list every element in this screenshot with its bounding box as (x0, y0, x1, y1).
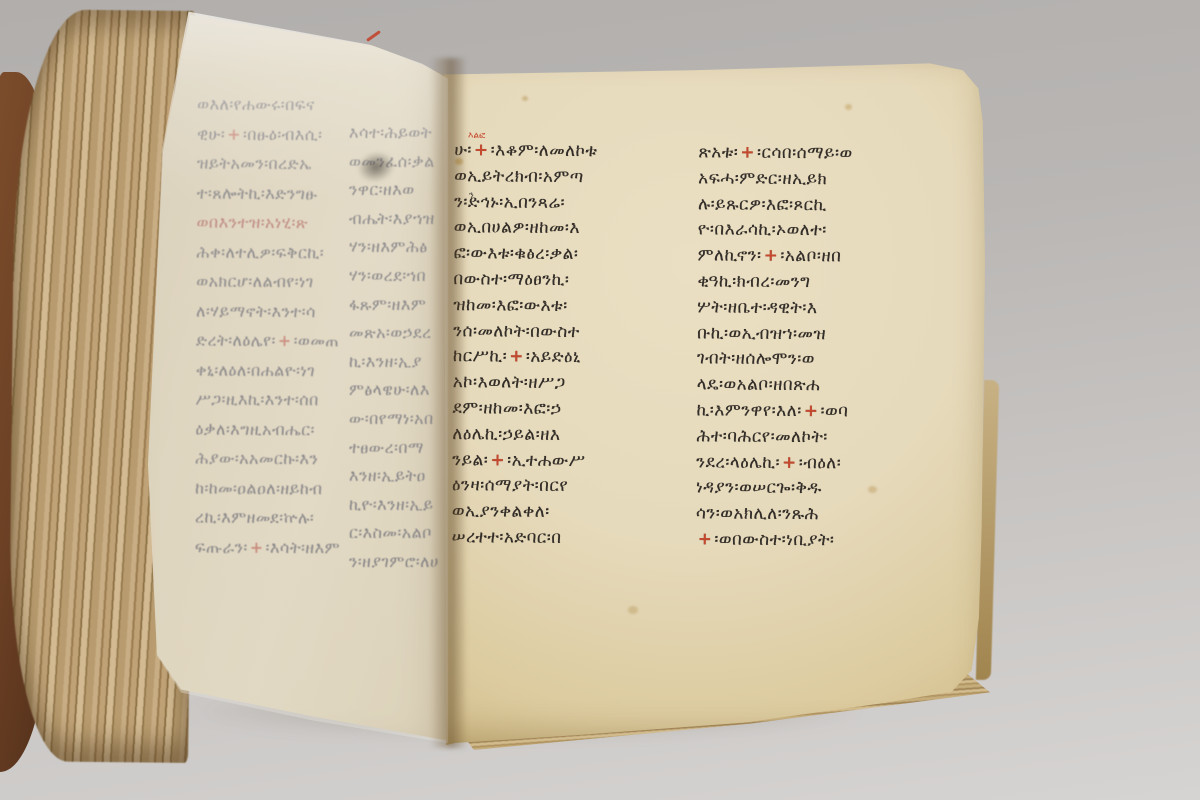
text-segment: ሠረተተ፡አድባር፡በ (452, 527, 562, 548)
interlinear-gloss: ን (469, 191, 474, 201)
manuscript-line: ኪ፡እምንዋየ፡እለ፡+፡ወባ (696, 398, 890, 425)
manuscript-line: ወኢበሀልዎ፡ዘከመ፡እ (454, 216, 694, 243)
text-segment: ቡኪ፡ወኢብዝኀ፡መዝ (697, 323, 826, 344)
manuscript-line: መጽአ፡ወኃደረ (349, 319, 441, 348)
manuscript-line: ሠረተተ፡አድባር፡በ (452, 525, 692, 552)
manuscript-line: ቂዓኪ፡ክብረ፡መንግ (697, 269, 891, 296)
manuscript-line: ኪ፡እንዘ፡ኢያ (349, 348, 441, 377)
manuscript-line: ወአክርሆ፡ለልብየ፡ነገ (196, 267, 346, 297)
manuscript-line: ንይል፡+፡ኢተሐውሥ (452, 448, 692, 475)
rubric-text: ወበእንተዝ፡አነሂ፡ጽ (197, 213, 309, 233)
text-segment: ር፡እስመ፡አልቦ (349, 523, 432, 542)
manuscript-line: ንሰ፡መለኮት፡በውስተ (453, 319, 693, 346)
manuscript-line: ሕተ፡ባሕርየ፡መለኮት፡ (696, 424, 890, 451)
manuscript-line: ንደረ፡ላዕሌኪ፡+፡ብዕለ፡ (696, 450, 890, 477)
text-segment: ከ፡ከመ፡ዐልዐለ፡ዘይከብ (195, 478, 322, 498)
text-segment: ብሔት፡እያኀዝ (349, 209, 435, 228)
text-segment: ፡ኢተሐውሥ (507, 450, 585, 471)
manuscript-line: ወኢይትረክብ፡አምጣ (454, 164, 694, 191)
text-segment: ፡ወበውስተ፡ነቢያት፡ (714, 529, 834, 550)
manuscript-line: ሳን፡ወአክሊለ፡ንጹሕ (696, 501, 890, 528)
text-segment: ምፅላዌሁ፡ለእ (349, 380, 430, 399)
right-page-column-2: ጽአቱ፡+፡ርሳበ፡ሰማይ፡ወአፍሓ፡ምድር፡ዘኢይክሉ፡ይጹርዎ፡እፎ፡ጾርኪ… (696, 140, 893, 561)
red-cross-mark: + (248, 537, 266, 556)
red-cross-mark: + (802, 401, 821, 421)
text-segment: ተ፡ጸሎትኪ፡እድንግፁ (197, 183, 318, 203)
manuscript-line: ፍጡራን፡+፡እሳት፡ዘእም (195, 532, 345, 562)
manuscript-photo: ወእለ፡የሐውሩ፡በፍናዊሁ፡+፡በፁዕ፡ብእሲ፡ዝይትአመን፡በረድኤተ፡ጸሎ… (0, 0, 1200, 800)
text-segment: ሕቀ፡ለተሊዎ፡ፍቅርኪ፡ (196, 242, 324, 262)
text-segment: ምለኪኖን፡ (698, 246, 762, 266)
manuscript-line: ፎ፡ውእቱ፡ቁፅረ፡ቃል፡ (454, 241, 694, 268)
text-segment: ንይል፡ (452, 450, 488, 470)
text-segment: ቀኒ፡ለዕለ፡በሐልዮ፡ነገ (196, 360, 315, 380)
text-segment: እሳተ፡ሕይወት (349, 123, 432, 142)
red-binding-thread (366, 30, 381, 42)
manuscript-line: ድረት፡ለዕሌየ፡+፡ወመጠ (196, 326, 346, 356)
text-segment: ፡አልቦ፡ዘበ (780, 246, 841, 266)
text-segment: ንሰ፡መለኮት፡በውስተ (453, 321, 580, 342)
text-segment: ዊሁ፡ (197, 124, 225, 143)
text-segment: ተፀውረ፡በማ (349, 438, 424, 457)
text-segment: ው፡በየማነ፡አበ (349, 409, 434, 428)
text-segment: ኪዮ፡እንዘ፡ኢይ (349, 495, 433, 514)
red-cross-mark: + (696, 529, 715, 549)
text-segment: ሃን፡ወረደ፡ኀበ (349, 266, 426, 285)
manuscript-line: ው፡በየማነ፡አበ (349, 405, 441, 434)
text-segment: ነዳያን፡ወሠርጐ፡ቅዱ (696, 478, 822, 499)
text-segment: ረኪ፡እምዘመደ፡ኵሉ፡ (195, 508, 314, 528)
text-segment: ፡እሳት፡ዘእም (266, 537, 340, 556)
manuscript-line: ገብት፡ዘሰሎሞን፡ወ (697, 347, 891, 374)
manuscript-line: ዕንዛ፡ሰማያት፡በርየ (452, 474, 692, 501)
manuscript-line: ዮ፡በእራሳኪ፡ኦወለተ፡ (698, 218, 892, 245)
manuscript-line: ዊሁ፡+፡በፁዕ፡ብእሲ፡ (197, 119, 347, 149)
text-segment: ፡አይድዕኒ (526, 347, 581, 367)
text-segment: ዕንዛ፡ሰማያት፡በርየ (452, 476, 568, 497)
manuscript-line: ዕቃለ፡እግዚአብሔር፡ (195, 414, 345, 444)
text-segment: ዕቃለ፡እግዚአብሔር፡ (195, 419, 314, 439)
text-segment: ንደረ፡ላዕሌኪ፡ (696, 452, 780, 473)
manuscript-line: ምፅላዌሁ፡ለእ (349, 376, 441, 405)
manuscript-line: ለዕሌኪ፡ኃይል፡ዘእ (452, 422, 692, 449)
text-segment: ለዕሌኪ፡ኃይል፡ዘእ (452, 424, 560, 445)
manuscript-line: ቡኪ፡ወኢብዝኀ፡መዝ (697, 321, 891, 348)
text-segment: ሳን፡ወአክሊለ፡ንጹሕ (696, 503, 819, 524)
manuscript-line: ላዴ፡ወአልቦ፡ዘበጽሐ (697, 372, 891, 399)
right-page-column-1: ሁ፡+፡እቆም፡ለመለኮቱወኢይትረክብ፡አምጣን፡ድኅኑ፡ኢበንጻሬ፡ወኢበሀ… (452, 138, 695, 556)
text-segment: ዝከመ፡እፎ፡ውእቱ፡ (453, 295, 568, 316)
text-segment: ኪ፡እንዘ፡ኢያ (349, 352, 422, 371)
text-segment: ቂዓኪ፡ክብረ፡መንግ (697, 271, 810, 292)
manuscript-line: ፋጹም፡ዘእም (349, 291, 441, 320)
text-segment: ላዴ፡ወአልቦ፡ዘበጽሐ (697, 374, 821, 395)
red-cross-mark: + (276, 331, 294, 350)
manuscript-line: ተ፡ጸሎትኪ፡እድንግፁ (197, 178, 347, 208)
text-segment: ን፡ዘያገምሮ፡ለሀ (349, 552, 439, 571)
manuscript-line: ብሔት፡እያኀዝ (349, 205, 441, 234)
text-segment: ለ፡ሃይማኖት፡እንተ፡ሳ (196, 301, 316, 321)
text-segment: ሉ፡ይጹርዎ፡እፎ፡ጾርኪ (698, 194, 827, 215)
manuscript-line: ወበእንተዝ፡አነሂ፡ጽ (196, 208, 346, 238)
manuscript-line: ደም፡ዘከመ፡እፎ፡ኃ (452, 396, 692, 423)
manuscript-line: +፡ወበውስተ፡ነቢያት፡ (696, 527, 890, 554)
manuscript-line: ወእለ፡የሐውሩ፡በፍና (197, 90, 347, 120)
manuscript-line: ከ፡ከመ፡ዐልዐለ፡ዘይከብ (195, 473, 345, 503)
text-segment: መጽአ፡ወኃደረ (349, 323, 432, 342)
red-marginal-gloss: እልፎ (468, 131, 485, 141)
text-segment: አኮ፡እወለት፡ዘሥጋ (453, 372, 566, 393)
manuscript-line: ረኪ፡እምዘመደ፡ኵሉ፡ (195, 503, 345, 533)
manuscript-line: አፍሓ፡ምድር፡ዘኢይክ (698, 166, 892, 193)
text-segment: በውስተ፡ማዕፀንኪ፡ (453, 269, 569, 290)
manuscript-line: ነዳያን፡ወሠርጐ፡ቅዱ (696, 476, 890, 503)
text-segment: ድረት፡ለዕሌየ፡ (196, 331, 276, 350)
text-segment: ሦት፡ዘቤተ፡ዳዊት፡እ (697, 297, 817, 318)
text-segment: ወኢያንቀልቀለ፡ (452, 501, 550, 522)
left-page-column-1: ወእለ፡የሐውሩ፡በፍናዊሁ፡+፡በፁዕ፡ብእሲ፡ዝይትአመን፡በረድኤተ፡ጸሎ… (195, 90, 348, 569)
text-segment: ፋጹም፡ዘእም (349, 295, 426, 314)
text-segment: ኪ፡እምንዋየ፡እለ፡ (697, 400, 802, 421)
red-cross-mark: + (488, 450, 507, 470)
text-segment: ፎ፡ውእቱ፡ቁፅረ፡ቃል፡ (454, 243, 579, 264)
text-segment: ሥጋ፡ዚእኪ፡እንተ፡ሰበ (196, 390, 319, 410)
manuscript-line: ሕያው፡አአመርኩ፡እን (195, 444, 345, 474)
manuscript-line: ከርሥኪ፡+፡አይድዕኒ (453, 345, 693, 372)
red-cross-mark: + (507, 347, 526, 367)
red-cross-mark: + (780, 452, 799, 472)
text-segment: ገብት፡ዘሰሎሞን፡ወ (697, 349, 815, 370)
manuscript-line: ኪዮ፡እንዘ፡ኢይ (349, 491, 441, 520)
text-segment: ዝይትአመን፡በረድኤ (197, 154, 312, 174)
text-segment: ጽአቱ፡ (698, 142, 738, 162)
manuscript-line: ሉ፡ይጹርዎ፡እፎ፡ጾርኪ (698, 192, 892, 219)
manuscript-line: አኮ፡እወለት፡ዘሥጋ (453, 370, 693, 397)
manuscript-line: ሃን፡ወረደ፡ኀበ (349, 262, 441, 291)
manuscript-line: በውስተ፡ማዕፀንኪ፡ (453, 267, 693, 294)
text-segment: አፍሓ፡ምድር፡ዘኢይክ (698, 168, 827, 189)
red-cross-mark: + (472, 140, 491, 160)
text-segment: ወእለ፡የሐውሩ፡በፍና (197, 95, 315, 115)
text-segment: ፡እቆም፡ለመለኮቱ (491, 140, 598, 161)
text-segment: ሁ፡ (454, 140, 472, 160)
text-segment: ሃን፡ዘእምሕፅ (349, 237, 428, 256)
text-segment: ደም፡ዘከመ፡እፎ፡ኃ (453, 398, 562, 419)
stain-spot (522, 96, 528, 101)
manuscript-line: ዝይትአመን፡በረድኤ (197, 149, 347, 179)
text-segment: ሕያው፡አአመርኩ፡እን (195, 449, 318, 469)
text-segment: ወኢበሀልዎ፡ዘከመ፡እ (454, 218, 580, 239)
manuscript-line: ር፡እስመ፡አልቦ (349, 519, 441, 548)
text-segment: ፍጡራን፡ (195, 537, 248, 556)
manuscript-line: ን፡ዘያገምሮ፡ለሀ (349, 548, 441, 577)
stain-spot (845, 104, 852, 110)
text-segment: ዮ፡በእራሳኪ፡ኦወለተ፡ (698, 220, 827, 241)
manuscript-line: ዝከመ፡እፎ፡ውእቱ፡ (453, 293, 693, 320)
manuscript-line: ሃን፡ዘእምሕፅ (349, 233, 441, 262)
stain-spot (628, 606, 638, 614)
text-segment: ፡ወባ (820, 401, 848, 421)
text-segment: እንዘ፡ኢይትዐ (349, 466, 426, 485)
manuscript-line: ሥጋ፡ዚእኪ፡እንተ፡ሰበ (196, 385, 346, 415)
manuscript-line: ተፀውረ፡በማ (349, 434, 441, 463)
manuscript-line: ሁ፡+፡እቆም፡ለመለኮቱ (454, 138, 694, 165)
manuscript-line: ምለኪኖን፡+፡አልቦ፡ዘበ (698, 244, 892, 271)
red-cross-mark: + (225, 124, 243, 143)
text-segment: ከርሥኪ፡ (453, 347, 507, 367)
manuscript-line: እንዘ፡ኢይትዐ (349, 462, 441, 491)
manuscript-line: ጽአቱ፡+፡ርሳበ፡ሰማይ፡ወ (698, 140, 892, 167)
red-cross-mark: + (738, 143, 757, 163)
text-segment: ፡ርሳበ፡ሰማይ፡ወ (757, 143, 853, 164)
red-cross-mark: + (762, 246, 781, 266)
text-segment: ፡ወመጠ (294, 331, 340, 350)
manuscript-line: ቀኒ፡ለዕለ፡በሐልዮ፡ነገ (196, 355, 346, 385)
text-segment: ወኢይትረክብ፡አምጣ (454, 166, 584, 187)
text-segment: ሕተ፡ባሕርየ፡መለኮት፡ (696, 426, 828, 447)
text-segment: ፡ብዕለ፡ (799, 453, 842, 473)
text-segment: ወአክርሆ፡ለልብየ፡ነገ (196, 272, 314, 292)
manuscript-line: ን፡ድኅኑ፡ኢበንጻሬ፡ (454, 190, 694, 217)
manuscript-line: ወኢያንቀልቀለ፡ (452, 499, 692, 526)
manuscript-line: ለ፡ሃይማኖት፡እንተ፡ሳ (196, 296, 346, 326)
manuscript-line: ሦት፡ዘቤተ፡ዳዊት፡እ (697, 295, 891, 322)
text-segment: ፡በፁዕ፡ብእሲ፡ (243, 124, 323, 143)
manuscript-line: ሕቀ፡ለተሊዎ፡ፍቅርኪ፡ (196, 237, 346, 267)
